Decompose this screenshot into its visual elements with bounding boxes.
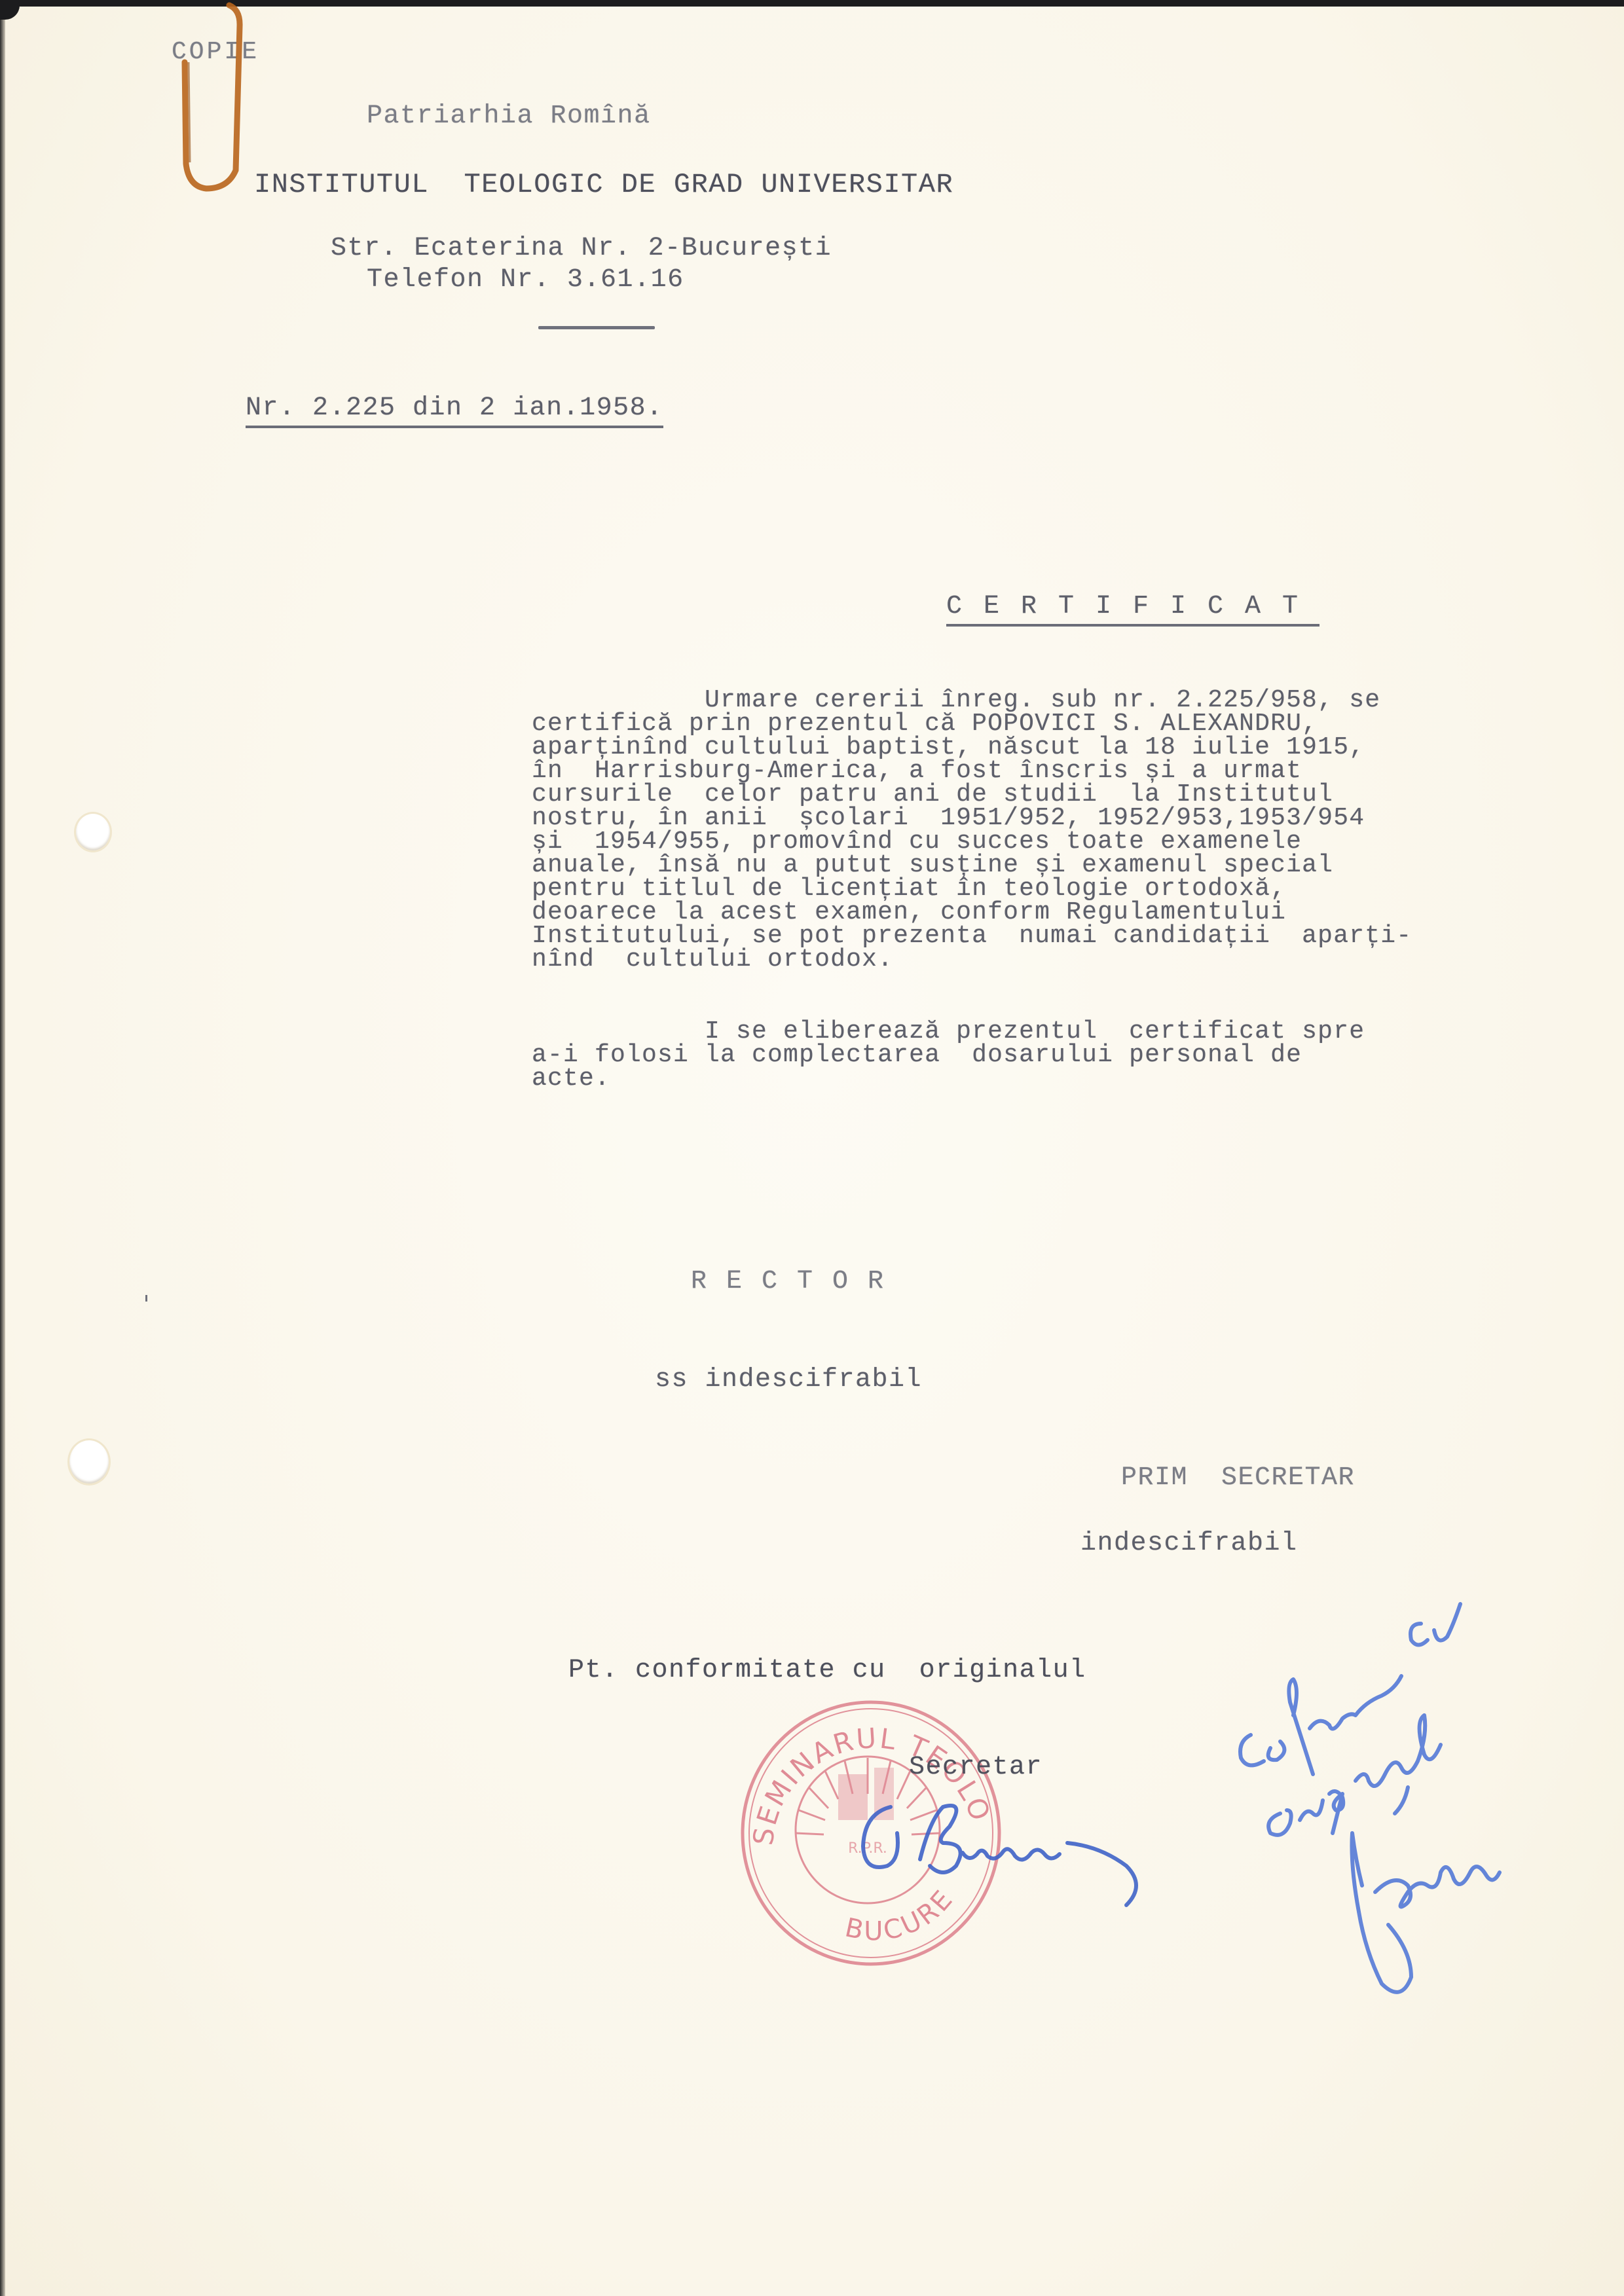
handwritten-signature-secretary: C Bunaciu (851, 1781, 1192, 1912)
scan-corner (0, 0, 20, 20)
punch-hole-icon (76, 814, 110, 850)
body-line: și 1954/955, promovînd cu succes toate e… (532, 830, 1553, 854)
certificate-title: CERTIFICAT (946, 594, 1319, 627)
annotation-text: Conform cu originalul (1179, 1584, 1187, 1585)
first-secretary-label: PRIM SECRETAR (1121, 1465, 1355, 1491)
scan-edge-left (0, 0, 5, 2296)
body-line: aparținînd cultului baptist, născut la 1… (532, 736, 1553, 759)
secretary-signature-text: C Bunaciu (851, 1781, 855, 1781)
body-line: anuale, însă nu a putut susține și exame… (532, 854, 1553, 877)
body-line: deoarece la acest examen, conform Regula… (532, 901, 1553, 924)
letterhead-institution: INSTITUTUL TEOLOGIC DE GRAD UNIVERSITAR (254, 172, 953, 198)
body-line: în Harrisburg-America, a fost înscris și… (532, 759, 1553, 783)
body-line: a-i folosi la complectarea dosarului per… (532, 1044, 1553, 1067)
body-line: nostru, în anii școlari 1951/952, 1952/9… (532, 807, 1553, 830)
letterhead-address: Str. Ecaterina Nr. 2-București (331, 236, 832, 262)
body-line: certifică prin prezentul că POPOVICI S. … (532, 712, 1553, 736)
paperclip-rust-icon (177, 0, 249, 196)
body-line: I se eliberează prezentul certificat spr… (532, 1020, 1553, 1044)
letterhead-patriarchate: Patriarhia Romînă (367, 103, 651, 130)
reference-number: Nr. 2.225 din 2 ian.1958. (246, 395, 663, 428)
rector-signature-text: ss indescifrabil (655, 1367, 922, 1393)
body-line: nînd cultului ortodox. (532, 948, 1553, 972)
body-line: acte. (532, 1067, 1553, 1091)
punch-hole-icon (69, 1440, 109, 1484)
secretary-label: Secretar (909, 1755, 1043, 1781)
handwritten-annotation-conform: Conform cu originalul (1179, 1584, 1545, 2016)
scanned-document-page: COPIE Patriarhia Romînă INSTITUTUL TEOLO… (0, 0, 1624, 2296)
conformity-note: Pt. conformitate cu originalul (568, 1658, 1086, 1684)
first-secretary-signature-text: indescifrabil (1080, 1531, 1298, 1557)
letterhead-phone: Telefon Nr. 3.61.16 (367, 267, 684, 293)
scan-speck (145, 1295, 147, 1302)
body-line: cursurile celor patru ani de studii la I… (532, 783, 1553, 807)
rector-label: RECTOR (691, 1269, 903, 1295)
certificate-body: Urmare cererii înreg. sub nr. 2.225/958,… (532, 689, 1553, 1091)
body-line: Institutului, se pot prezenta numai cand… (532, 924, 1553, 948)
letterhead-divider (538, 326, 655, 329)
body-line: pentru titlul de licențiat în teologie o… (532, 877, 1553, 901)
body-line: Urmare cererii înreg. sub nr. 2.225/958,… (532, 689, 1553, 712)
